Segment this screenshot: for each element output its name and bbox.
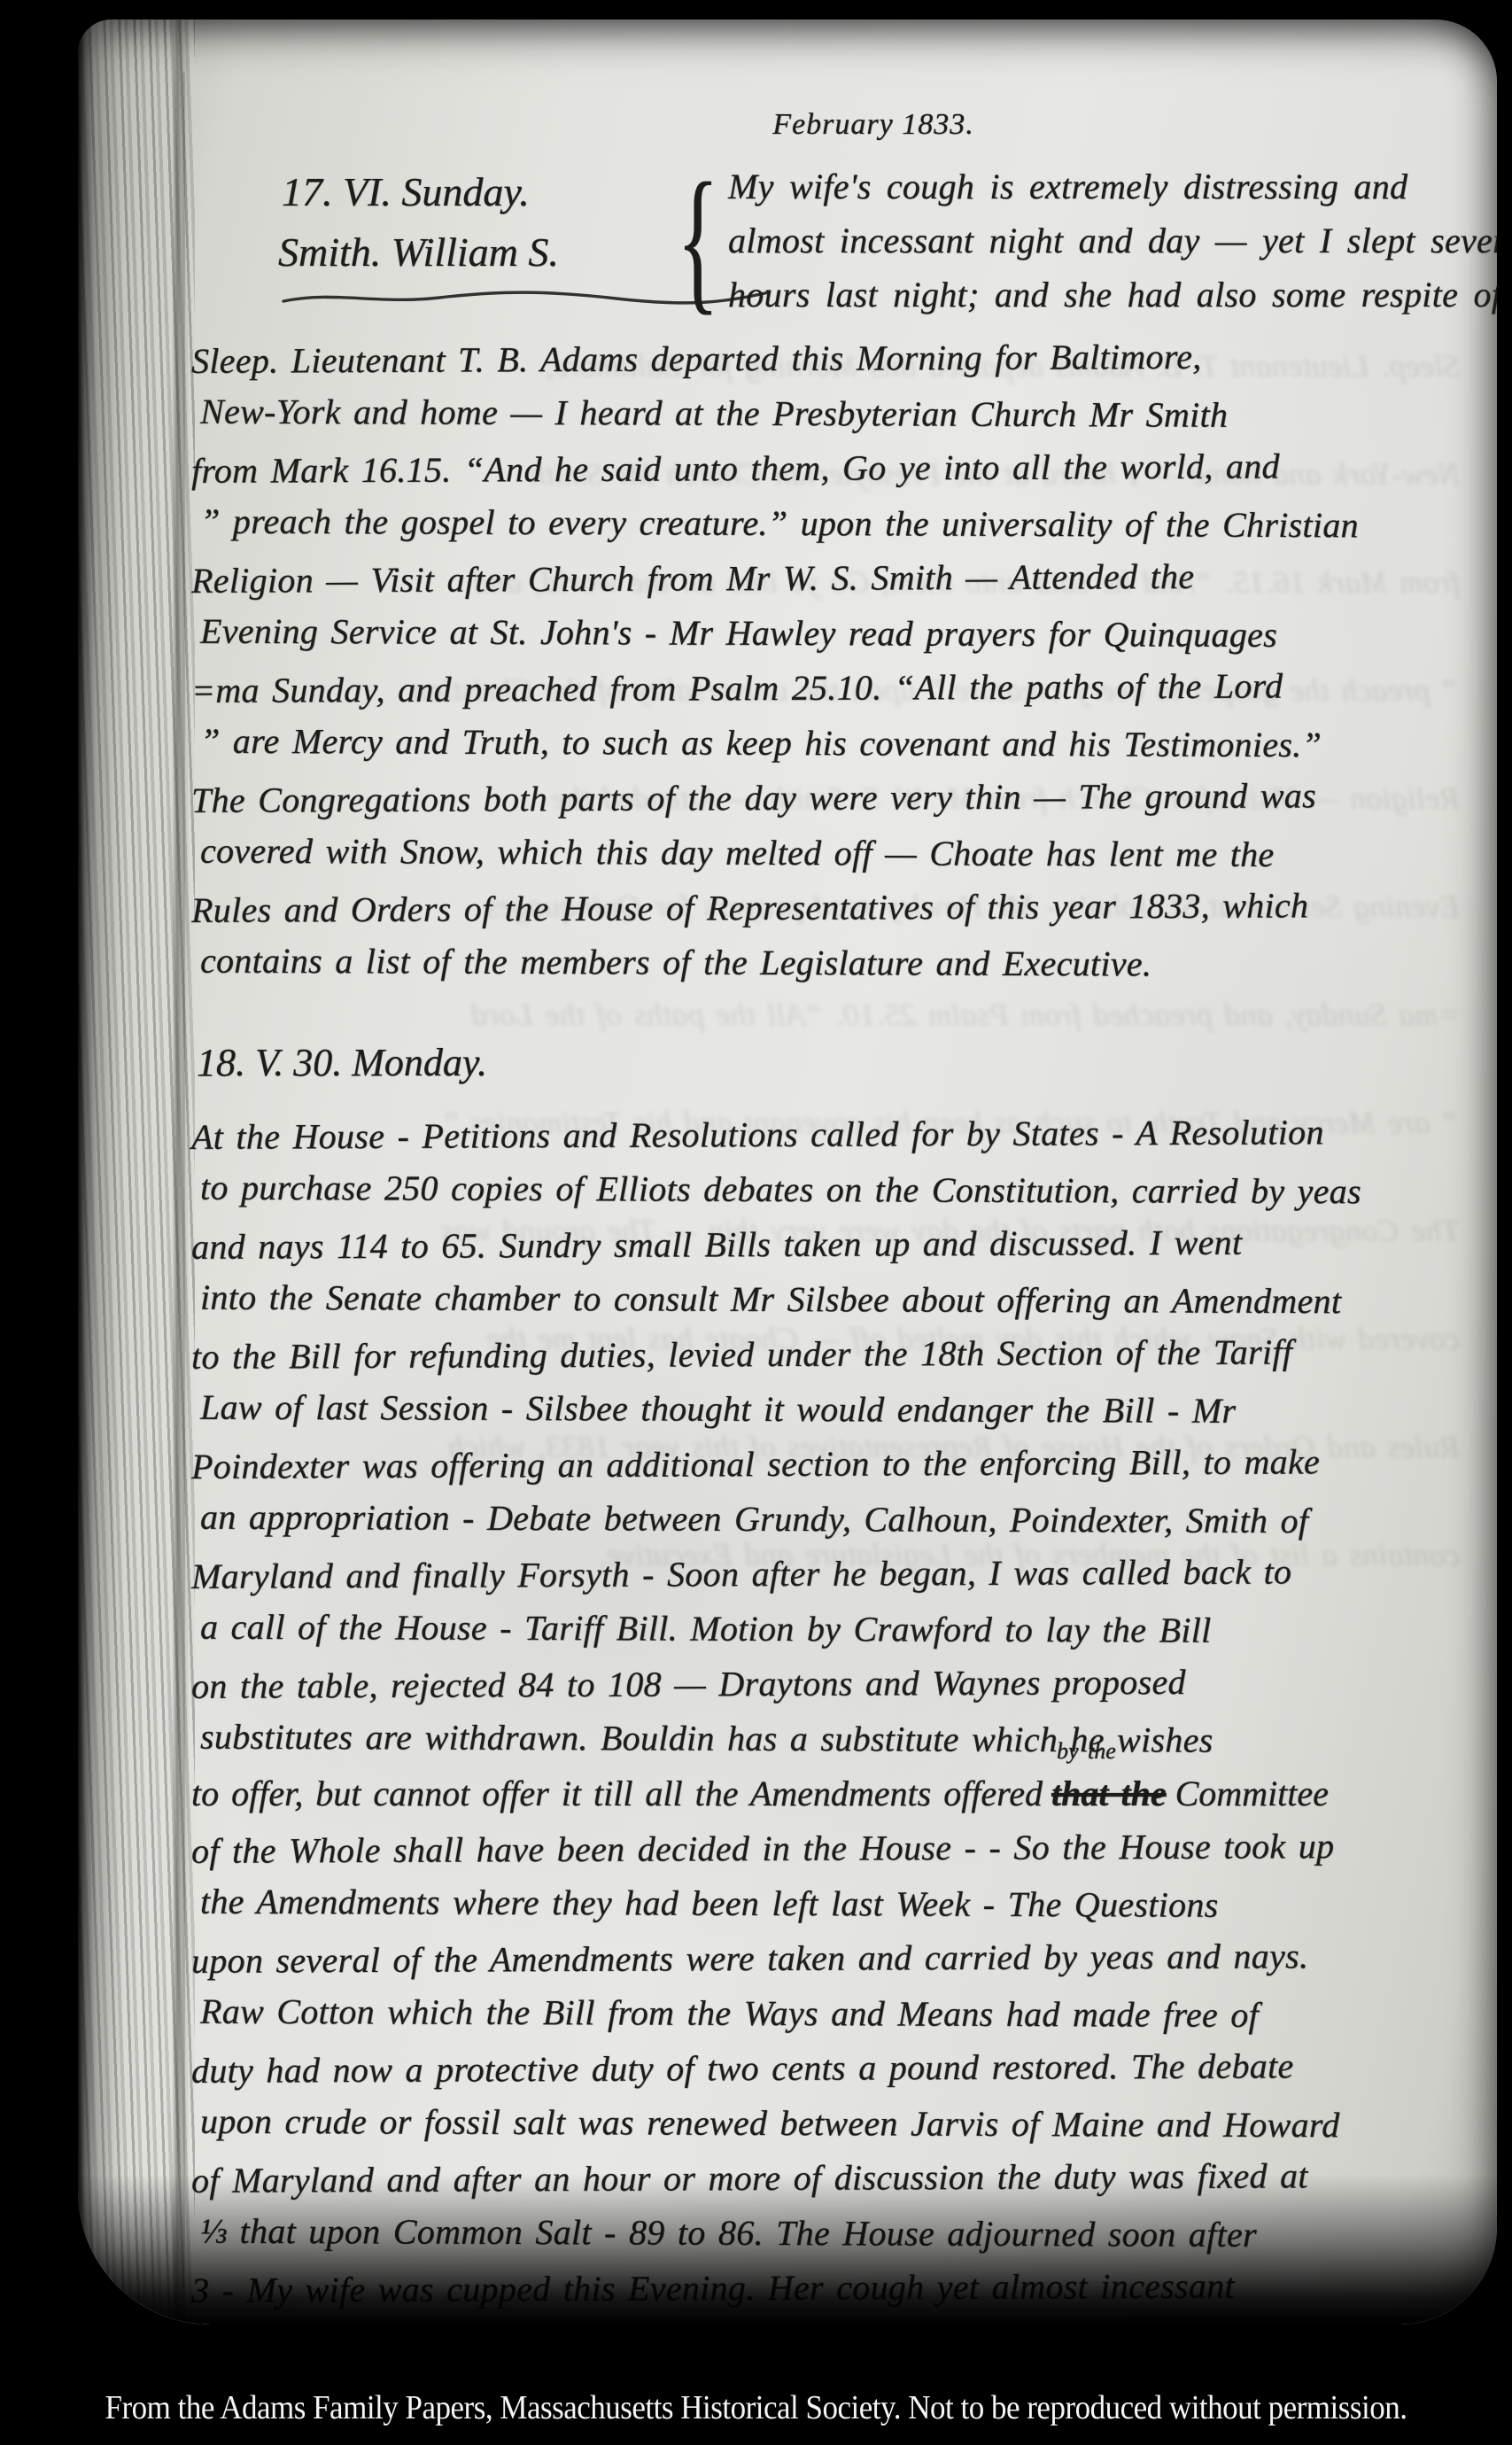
handwriting-line: to the Bill for refunding duties, levied… bbox=[191, 1324, 1361, 1385]
book-binding-edge bbox=[78, 19, 195, 2325]
handwriting-line: The Congregations both parts of the day … bbox=[191, 768, 1359, 828]
entry-opening-lines: My wife's cough is extremely distressing… bbox=[728, 159, 1497, 322]
entry-day-heading: 17. VI. Sunday. bbox=[282, 168, 530, 215]
handwriting-line: covered with Snow, which this day melted… bbox=[200, 824, 1359, 883]
correction-before-text: to offer, but cannot offer it till all t… bbox=[191, 1774, 1043, 1813]
handwriting-line: into the Senate chamber to consult Mr Si… bbox=[200, 1270, 1361, 1330]
handwriting-line: almost incessant night and day — yet I s… bbox=[728, 213, 1497, 268]
handwriting-line: ” are Mercy and Truth, to such as keep h… bbox=[200, 714, 1359, 773]
handwriting-line: Sleep. Lieutenant T. B. Adams departed t… bbox=[191, 329, 1359, 389]
handwriting-line-with-correction: to offer, but cannot offer it till all t… bbox=[191, 1766, 1329, 1821]
handwriting-line: Evening Service at St. John's - Mr Hawle… bbox=[200, 604, 1359, 664]
handwriting-line: the Amendments where they had been left … bbox=[200, 1874, 1340, 1933]
handwriting-line: upon crude or fossil salt was renewed be… bbox=[200, 2094, 1340, 2153]
handwriting-line: of Maryland and after an hour or more of… bbox=[191, 2148, 1340, 2208]
page-content: February 1833. 17. VI. Sunday. Smith. Wi… bbox=[191, 19, 1493, 2325]
correction: by thethat the bbox=[1051, 1766, 1167, 1821]
handwriting-line: At the House - Petitions and Resolutions… bbox=[191, 1105, 1361, 1165]
handwriting-line: a call of the House - Tariff Bill. Motio… bbox=[200, 1600, 1361, 1659]
handwriting-line: an appropriation - Debate between Grundy… bbox=[200, 1490, 1361, 1549]
handwriting-line: =ma Sunday, and preached from Psalm 25.1… bbox=[191, 658, 1359, 718]
handwriting-line: 3 - My wife was cupped this Evening. Her… bbox=[191, 2258, 1340, 2318]
handwriting-line: from Mark 16.15. “And he said unto them,… bbox=[191, 439, 1359, 499]
archive-credit-caption: From the Adams Family Papers, Massachuse… bbox=[0, 2388, 1512, 2426]
handwriting-line: My wife's cough is extremely distressing… bbox=[728, 159, 1497, 213]
strikethrough-text: that the bbox=[1051, 1774, 1167, 1813]
handwriting-line: New-York and home — I heard at the Presb… bbox=[200, 384, 1359, 444]
entry-body-lines: of the Whole shall have been decided in … bbox=[191, 1821, 1340, 2316]
handwriting-line: Raw Cotton which the Bill from the Ways … bbox=[200, 1984, 1340, 2043]
entry-name-heading: Smith. William S. bbox=[278, 229, 559, 276]
handwriting-line: contains a list of the members of the Le… bbox=[200, 934, 1359, 993]
handwriting-line: on the table, rejected 84 to 108 — Drayt… bbox=[191, 1654, 1361, 1714]
handwriting-line: hours last night; and she had also some … bbox=[728, 268, 1497, 322]
page-header-date: February 1833. bbox=[687, 108, 1059, 142]
handwriting-line: and nays 114 to 65. Sundry small Bills t… bbox=[191, 1215, 1361, 1275]
handwriting-line: Law of last Session - Silsbee thought it… bbox=[200, 1380, 1361, 1440]
handwriting-line: Rules and Orders of the House of Represe… bbox=[191, 878, 1359, 938]
handwriting-line: ⅓ that upon Common Salt - 89 to 86. The … bbox=[200, 2204, 1340, 2263]
handwriting-line: ” preach the gospel to every creature.” … bbox=[200, 494, 1359, 554]
diary-scan-screenshot: Sleep. Lieutenant T. B. Adams departed t… bbox=[0, 0, 1512, 2445]
handwriting-line: Poindexter was offering an additional se… bbox=[191, 1434, 1361, 1494]
handwriting-line: substitutes are withdrawn. Bouldin has a… bbox=[200, 1710, 1361, 1769]
entry-body-lines: Sleep. Lieutenant T. B. Adams departed t… bbox=[191, 331, 1359, 990]
diary-page-scan: Sleep. Lieutenant T. B. Adams departed t… bbox=[78, 19, 1497, 2325]
handwriting-line: of the Whole shall have been decided in … bbox=[191, 1819, 1340, 1879]
correction-after-text: Committee bbox=[1175, 1774, 1329, 1813]
interlinear-insertion: by the bbox=[1057, 1740, 1116, 1763]
grouping-brace: { bbox=[677, 159, 719, 321]
handwriting-line: duty had now a protective duty of two ce… bbox=[191, 2038, 1340, 2099]
handwriting-line: to purchase 250 copies of Elliots debate… bbox=[200, 1160, 1361, 1220]
entry-day-heading: 18. V. 30. Monday. bbox=[197, 1040, 487, 1085]
entry-body-lines: At the House - Petitions and Resolutions… bbox=[191, 1107, 1361, 1766]
handwriting-line: upon several of the Amendments were take… bbox=[191, 1929, 1340, 1989]
handwriting-line: Religion — Visit after Church from Mr W.… bbox=[191, 548, 1359, 609]
handwriting-line: Maryland and finally Forsyth - Soon afte… bbox=[191, 1544, 1361, 1604]
